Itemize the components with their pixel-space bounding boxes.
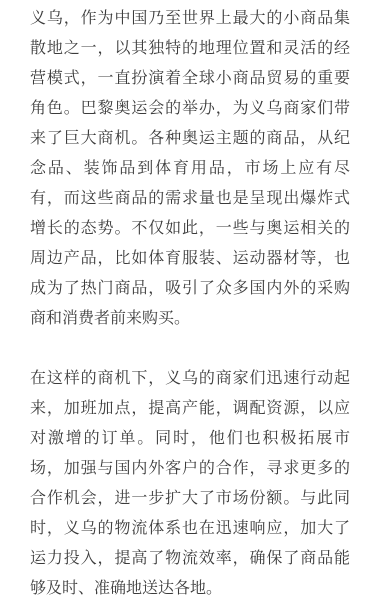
text-line: 有，而这些商品的需求量也是呈现出爆炸式 xyxy=(30,184,350,214)
paragraph-intro-yiwu-olympics: 义乌，作为中国乃至世界上最大的小商品集散地之一，以其独特的地理位置和灵活的经营模… xyxy=(30,4,350,334)
text-line: 增长的态势。不仅如此，一些与奥运相关的 xyxy=(30,214,350,244)
text-line: 散地之一，以其独特的地理位置和灵活的经 xyxy=(30,34,350,64)
text-line: 来，加班加点，提高产能，调配资源，以应 xyxy=(30,394,350,424)
text-line: 够及时、准确地送达各地。 xyxy=(30,574,350,602)
paragraph-merchants-response-logistics: 在这样的商机下，义乌的商家们迅速行动起来，加班加点，提高产能，调配资源，以应对激… xyxy=(30,364,350,602)
text-line: 角色。巴黎奥运会的举办，为义乌商家们带 xyxy=(30,94,350,124)
text-line: 商和消费者前来购买。 xyxy=(30,304,350,334)
text-line: 对激增的订单。同时，他们也积极拓展市 xyxy=(30,424,350,454)
text-line: 来了巨大商机。各种奥运主题的商品，从纪 xyxy=(30,124,350,154)
text-line: 周边产品，比如体育服装、运动器材等，也 xyxy=(30,244,350,274)
text-line: 成为了热门商品，吸引了众多国内外的采购 xyxy=(30,274,350,304)
text-line: 在这样的商机下，义乌的商家们迅速行动起 xyxy=(30,364,350,394)
text-line: 义乌，作为中国乃至世界上最大的小商品集 xyxy=(30,4,350,34)
text-line: 运力投入，提高了物流效率，确保了商品能 xyxy=(30,544,350,574)
text-line: 合作机会，进一步扩大了市场份额。与此同 xyxy=(30,484,350,514)
text-line: 念品、装饰品到体育用品，市场上应有尽 xyxy=(30,154,350,184)
text-line: 时，义乌的物流体系也在迅速响应，加大了 xyxy=(30,514,350,544)
text-line: 营模式，一直扮演着全球小商品贸易的重要 xyxy=(30,64,350,94)
text-line: 场，加强与国内外客户的合作，寻求更多的 xyxy=(30,454,350,484)
article-body: 义乌，作为中国乃至世界上最大的小商品集散地之一，以其独特的地理位置和灵活的经营模… xyxy=(0,0,380,602)
